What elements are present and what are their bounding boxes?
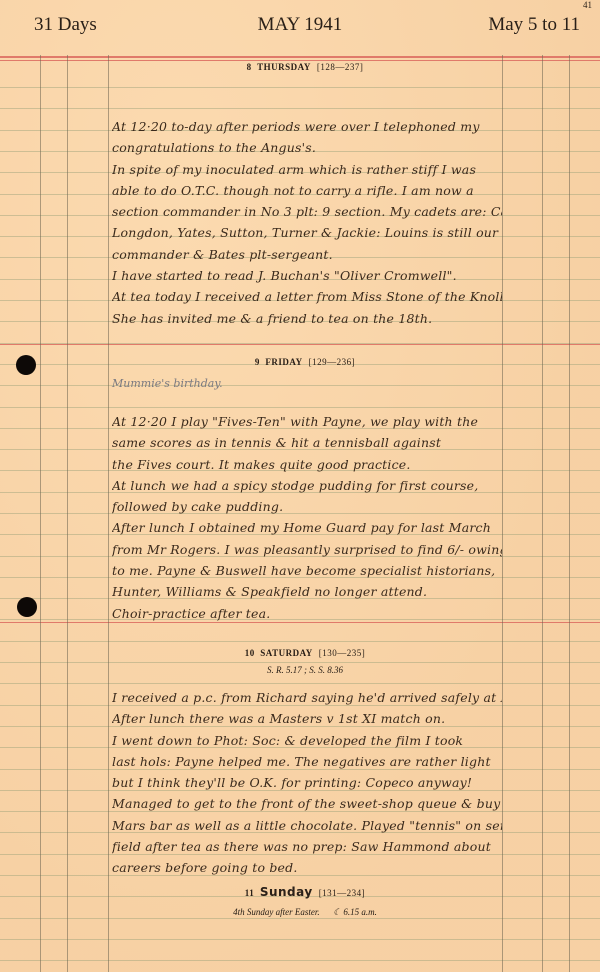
handwritten-line: from Mr Rogers. I was pleasantly surpris… <box>112 539 502 560</box>
handwritten-line: section commander in No 3 plt: 9 section… <box>112 201 502 222</box>
header-double-red-line-bottom <box>0 60 600 61</box>
ruled-line <box>0 407 600 408</box>
header-double-red-line-top <box>0 56 600 58</box>
punch-hole-bottom <box>17 597 37 617</box>
handwritten-line: same scores as in tennis & hit a tennisb… <box>112 432 502 453</box>
sunrise-sunset: S. R. 5.17 ; S. S. 8.36 <box>108 665 502 675</box>
handwritten-line: At 12·20 to-day after periods were over … <box>112 116 502 137</box>
ruled-line <box>0 108 600 109</box>
margin-line-1 <box>40 55 41 972</box>
margin-line-3 <box>108 55 109 972</box>
handwritten-line: I have started to read J. Buchan's "Oliv… <box>112 265 502 286</box>
margin-line-2 <box>67 55 68 972</box>
page-number: 41 <box>583 0 592 10</box>
week-range: May 5 to 11 <box>488 14 580 36</box>
margin-line-4 <box>502 55 503 972</box>
handwritten-line: careers before going to bed. <box>112 857 502 878</box>
handwritten-line: able to do O.T.C. though not to carry a … <box>112 180 502 201</box>
handwritten-line: She has invited me & a friend to tea on … <box>112 308 502 329</box>
saturday-entry: I received a p.c. from Richard saying he… <box>112 687 502 879</box>
thursday-entry: At 12·20 to-day after periods were over … <box>112 116 502 329</box>
ruled-line <box>0 939 600 940</box>
ruled-line <box>0 683 600 684</box>
margin-line-6 <box>569 55 570 972</box>
handwritten-line: last hols: Payne helped me. The negative… <box>112 751 502 772</box>
punch-hole-top <box>16 355 36 375</box>
handwritten-line: field after tea as there was no prep: Sa… <box>112 836 502 857</box>
day-heading-sunday: 11 Sunday[131—234] <box>108 885 502 899</box>
handwritten-line: Mars bar as well as a little chocolate. … <box>112 815 502 836</box>
handwritten-line: I received a p.c. from Richard saying he… <box>112 687 502 708</box>
handwritten-line: Hunter, Williams & Speakfield no longer … <box>112 581 502 602</box>
ruled-line <box>0 385 600 386</box>
moon-phase: ☾ 6.15 a.m. <box>333 907 377 917</box>
handwritten-line: Choir-practice after tea. <box>112 603 502 624</box>
handwritten-line: I went down to Phot: Soc: & developed th… <box>112 730 502 751</box>
handwritten-line: Longdon, Yates, Sutton, Turner & Jackie:… <box>112 222 502 243</box>
handwritten-line: At lunch we had a spicy stodge pudding f… <box>112 475 502 496</box>
handwritten-line: After lunch there was a Masters v 1st XI… <box>112 708 502 729</box>
handwritten-line: Managed to get to the front of the sweet… <box>112 793 502 814</box>
ruled-line <box>0 641 600 642</box>
day-heading-saturday: 10 SATURDAY[130—235] <box>108 648 502 658</box>
handwritten-line: the Fives court. It makes quite good pra… <box>112 454 502 475</box>
handwritten-line: After lunch I obtained my Home Guard pay… <box>112 517 502 538</box>
ruled-line <box>0 960 600 961</box>
ruled-line <box>0 87 600 88</box>
friday-separator-line <box>0 344 600 345</box>
friday-entry: At 12·20 I play "Fives-Ten" with Payne, … <box>112 411 502 624</box>
ruled-line <box>0 662 600 663</box>
margin-line-5 <box>542 55 543 972</box>
handwritten-line: but I think they'll be O.K. for printing… <box>112 772 502 793</box>
handwritten-line: congratulations to the Angus's. <box>112 137 502 158</box>
sunday-subtitle: 4th Sunday after Easter. ☾ 6.15 a.m. <box>108 907 502 918</box>
handwritten-line: In spite of my inoculated arm which is r… <box>112 159 502 180</box>
day-heading-thursday: 8 THURSDAY[128—237] <box>108 62 502 72</box>
handwritten-line: followed by cake pudding. <box>112 496 502 517</box>
handwritten-line: At 12·20 I play "Fives-Ten" with Payne, … <box>112 411 502 432</box>
handwritten-line: commander & Bates plt-sergeant. <box>112 244 502 265</box>
ruled-line <box>0 918 600 919</box>
handwritten-line: At tea today I received a letter from Mi… <box>112 286 502 307</box>
friday-pencil-note: Mummie's birthday. <box>112 377 223 390</box>
day-heading-friday: 9 FRIDAY[129—236] <box>108 357 502 367</box>
handwritten-line: to me. Payne & Buswell have become speci… <box>112 560 502 581</box>
